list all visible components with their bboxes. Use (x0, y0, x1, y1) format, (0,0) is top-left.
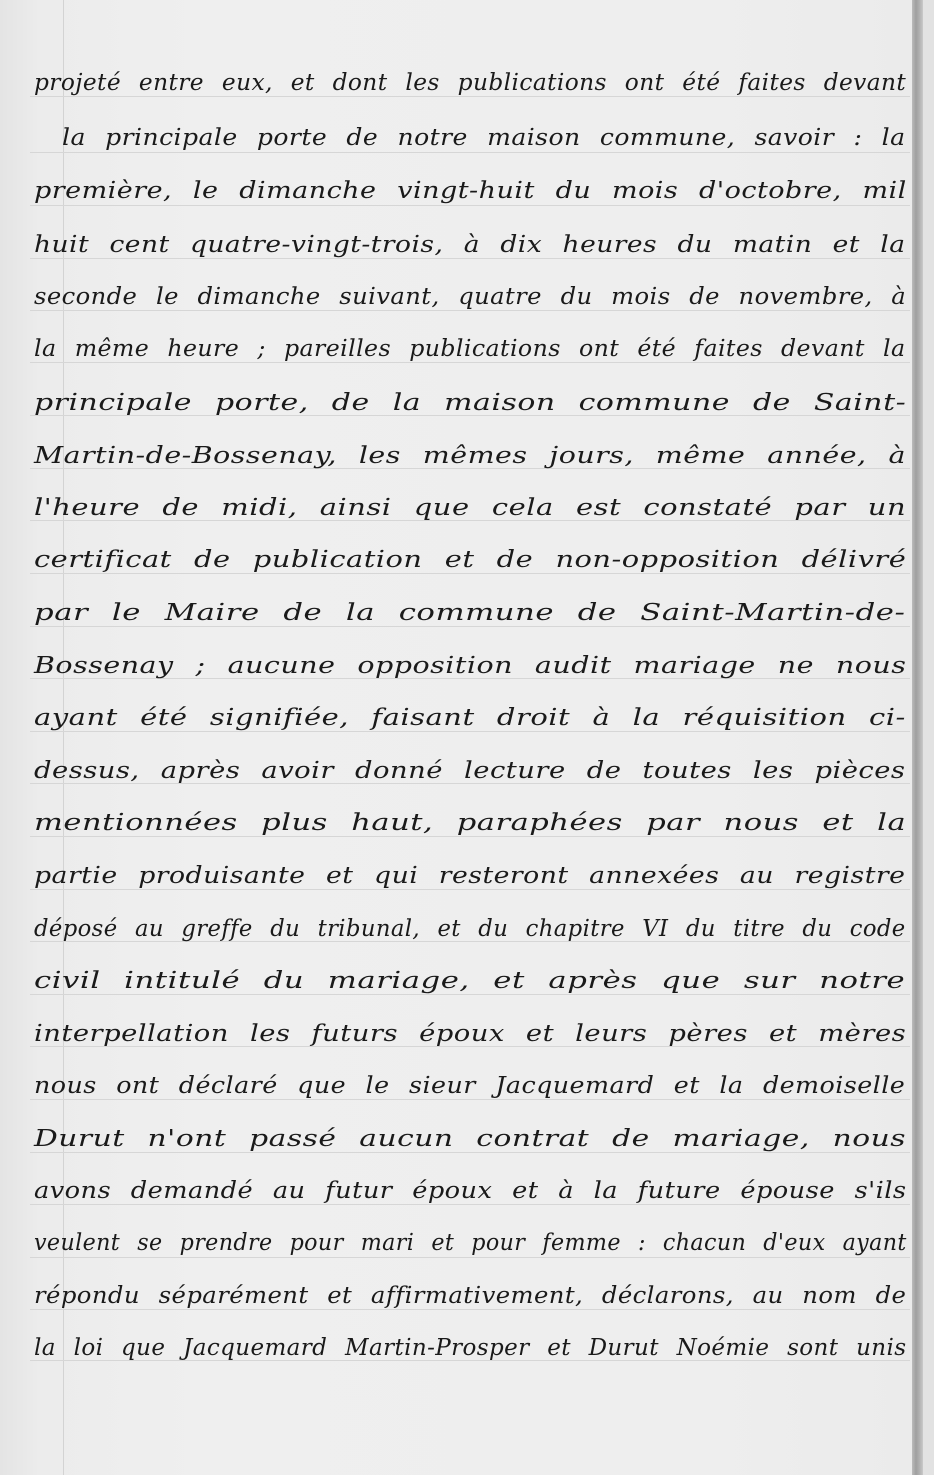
page-edge-shadow (912, 0, 923, 1475)
text-line: répondu séparément et affirmativement, d… (34, 1283, 906, 1309)
text-line: première, le dimanche vingt-huit du mois… (34, 178, 907, 204)
text-line: Durut n'ont passé aucun contrat de maria… (34, 1126, 906, 1152)
text-line: la même heure ; pareilles publications o… (34, 336, 905, 362)
text-line: l'heure de midi, ainsi que cela est cons… (34, 495, 906, 521)
text-line: principale porte, de la maison commune d… (34, 390, 906, 416)
register-page: projeté entre eux, et dont les publicati… (0, 0, 934, 1475)
text-line: mentionnées plus haut, paraphées par nou… (34, 810, 906, 836)
ruled-line (30, 152, 910, 153)
ruled-line (30, 362, 910, 363)
text-line: dessus, après avoir donné lecture de tou… (34, 758, 905, 784)
ruled-line (30, 310, 910, 311)
ruled-line (30, 1309, 910, 1310)
text-line: ayant été signifiée, faisant droit à la … (34, 705, 906, 731)
ruled-line (30, 96, 910, 97)
ruled-line (30, 1257, 910, 1258)
text-line: interpellation les futurs époux et leurs… (34, 1021, 906, 1047)
text-line: seconde le dimanche suivant, quatre du m… (34, 284, 906, 310)
ruled-line (30, 994, 910, 995)
ruled-line (30, 205, 910, 206)
ruled-line (30, 1099, 910, 1100)
text-line: avons demandé au futur époux et à la fut… (34, 1178, 907, 1204)
text-line: Martin-de-Bossenay, les mêmes jours, mêm… (34, 443, 906, 469)
text-line: la principale porte de notre maison comm… (62, 125, 905, 151)
text-line: civil intitulé du mariage, et après que … (34, 968, 905, 994)
ruled-line (30, 889, 910, 890)
text-line: huit cent quatre-vingt-trois, à dix heur… (34, 232, 905, 258)
ruled-line (30, 1152, 910, 1153)
ruled-line (30, 626, 910, 627)
text-line: Bossenay ; aucune opposition audit maria… (34, 653, 906, 679)
ruled-line (30, 1204, 910, 1205)
text-line: la loi que Jacquemard Martin-Prosper et … (34, 1335, 906, 1361)
ruled-line (30, 836, 910, 837)
text-line: par le Maire de la commune de Saint-Mart… (34, 600, 905, 626)
text-line: veulent se prendre pour mari et pour fem… (34, 1230, 907, 1256)
ruled-line (30, 731, 910, 732)
ruled-line (30, 258, 910, 259)
next-page-edge (923, 0, 934, 1475)
text-line: certificat de publication et de non-oppo… (34, 547, 906, 573)
text-line: déposé au greffe du tribunal, et du chap… (34, 916, 906, 942)
text-line: projeté entre eux, et dont les publicati… (34, 70, 906, 96)
ruled-line (30, 573, 910, 574)
text-line: partie produisante et qui resteront anne… (34, 863, 905, 889)
text-line: nous ont déclaré que le sieur Jacquemard… (34, 1073, 905, 1099)
